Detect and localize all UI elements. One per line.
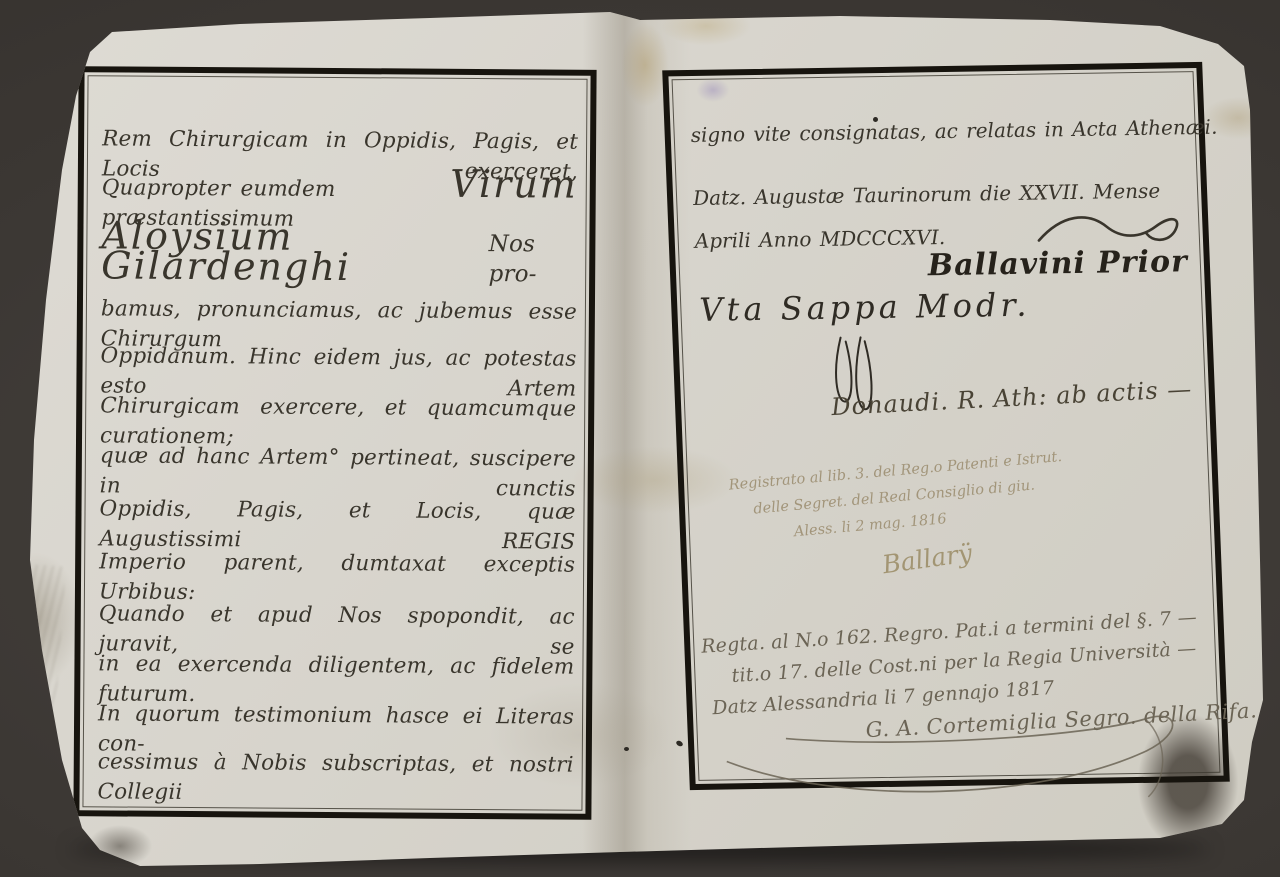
parchment-sheet: Rem Chirurgicam in Oppidis, Pagis, et Lo… [0, 0, 1280, 877]
right-line-01: signo vite consignatas, ac relatas in Ac… [690, 113, 1185, 149]
left-line-02-large-word: Virum [450, 169, 578, 200]
left-edge-ghost-marks [8, 564, 65, 732]
left-page-frame: Rem Chirurgicam in Oppidis, Pagis, et Lo… [73, 66, 596, 820]
right-page-frame: signo vite consignatas, ac relatas in Ac… [662, 62, 1230, 790]
left-line-03-text: Nos pro- [488, 229, 577, 290]
signature-sappa: Vta Sappa Modr. [699, 286, 1031, 329]
photo-background: Rem Chirurgicam in Oppidis, Pagis, et Lo… [0, 0, 1280, 877]
ink-speck [675, 740, 684, 748]
signature-flourish-icon [696, 692, 1211, 830]
left-line-03: Aloysium Gilardenghi Nos pro- [101, 220, 577, 289]
graduate-name: Aloysium Gilardenghi [101, 220, 489, 283]
registration-stamp: Registrato al lib. 3. del Reg.o Patenti … [739, 444, 1069, 549]
left-line-13: cessimus à Nobis subscriptas, et nostri … [97, 747, 573, 810]
ink-speck [624, 747, 629, 751]
signature-ballari: Ballarÿ [880, 538, 974, 579]
signature-ballavini-prior: Ballavini Prior [927, 244, 1188, 283]
